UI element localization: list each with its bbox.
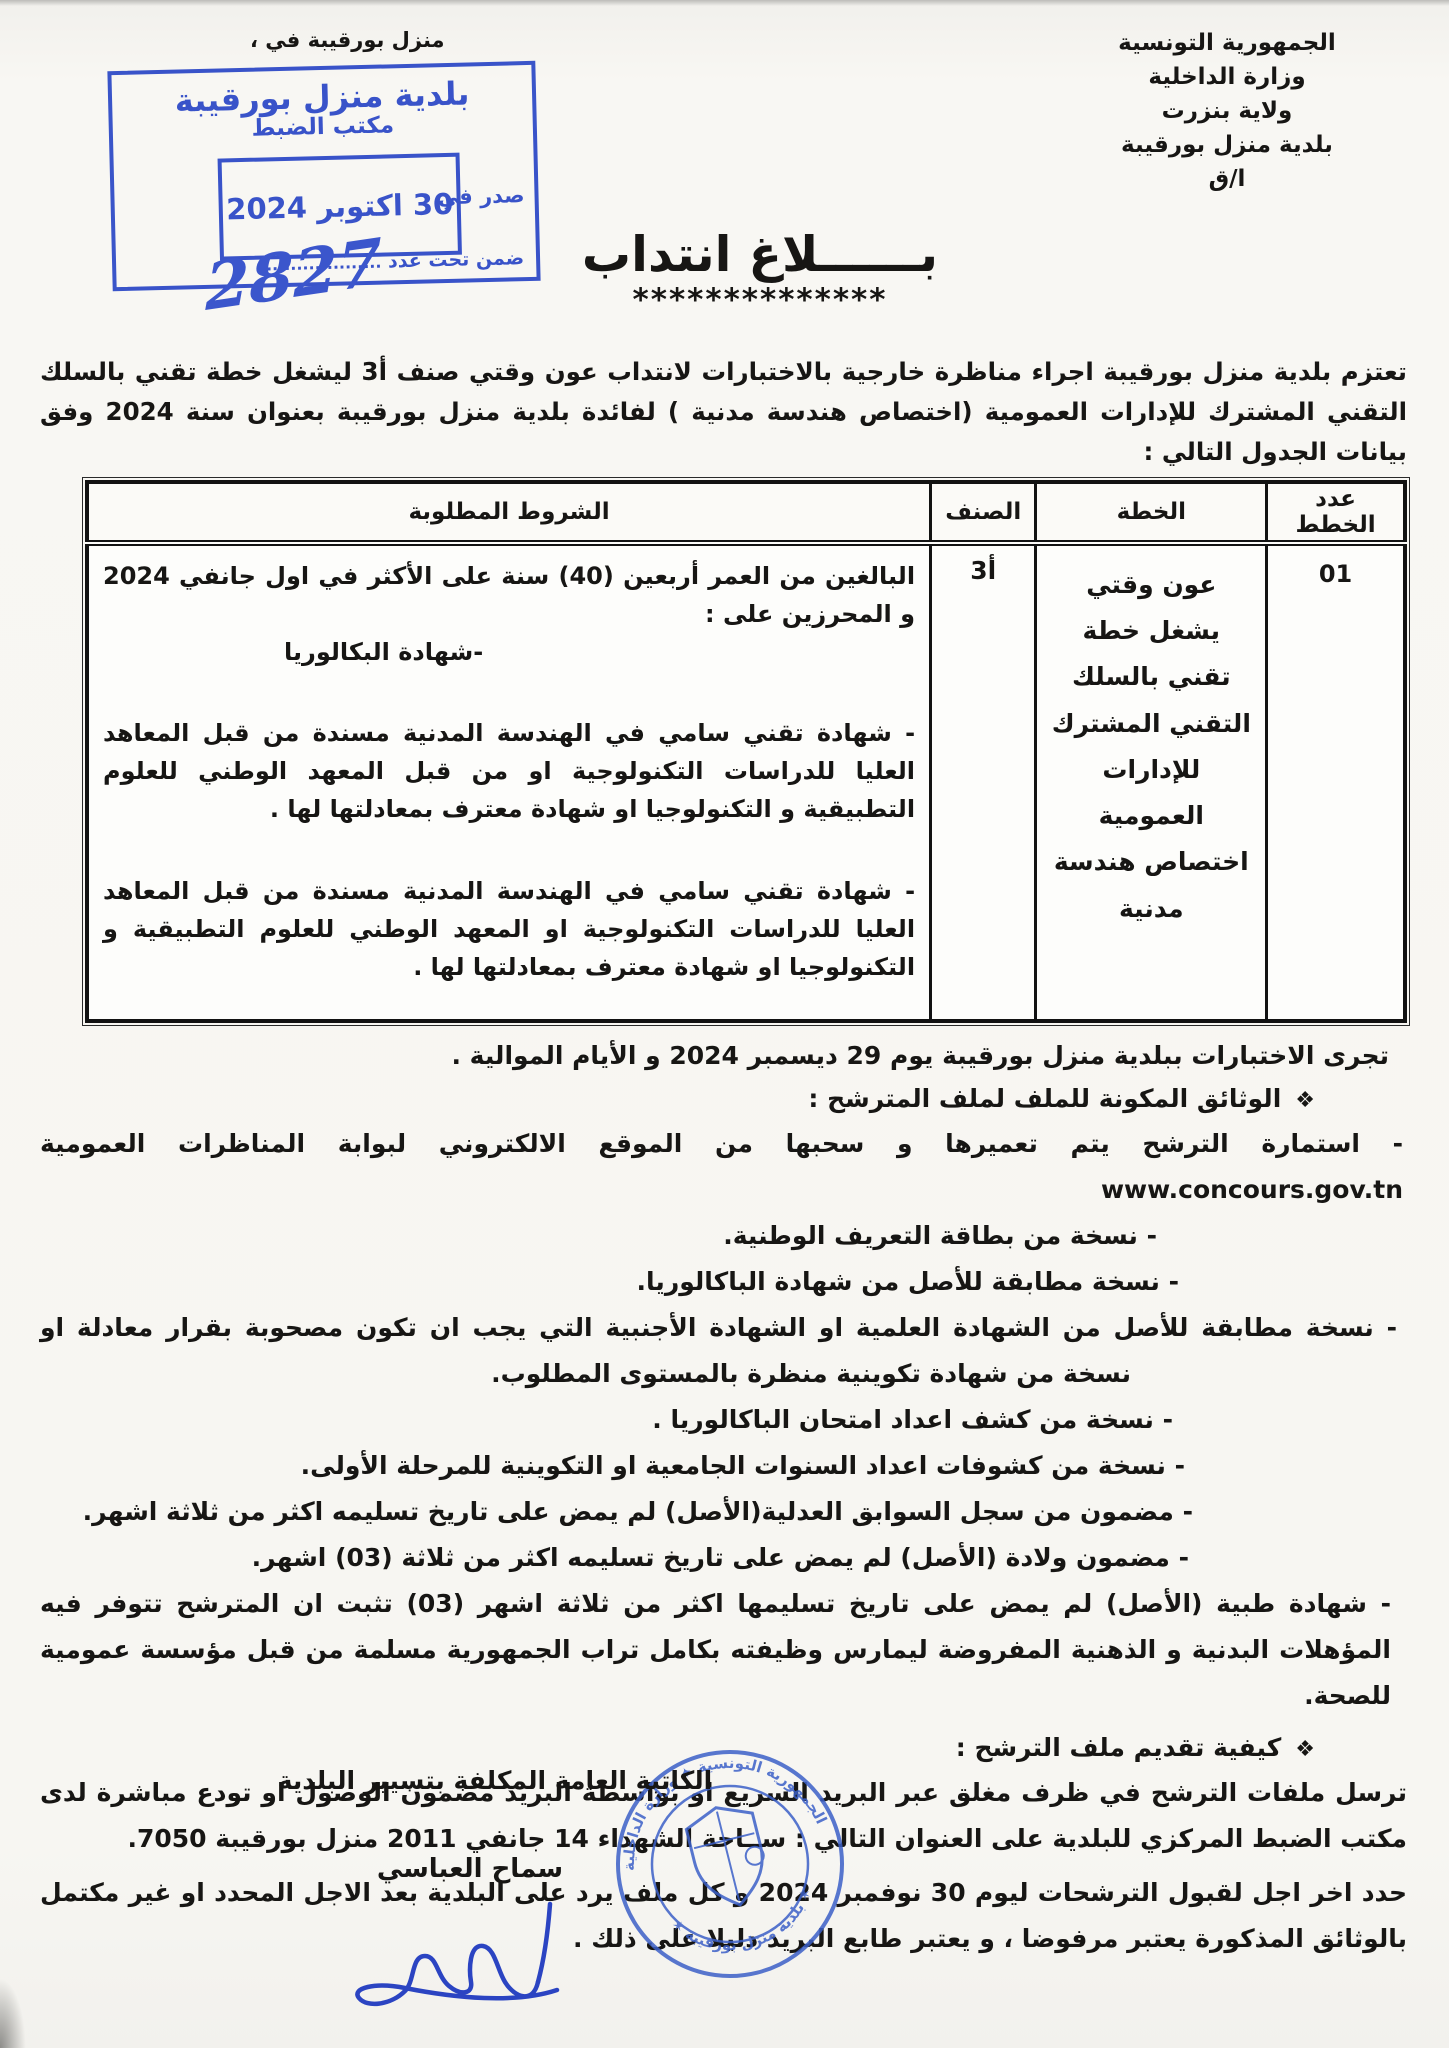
submission-section-label: كيفية تقديم ملف الترشح : bbox=[956, 1733, 1282, 1762]
exam-date: 29 ديسمبر 2024 bbox=[669, 1041, 881, 1070]
documents-list: - استمارة الترشح يتم تعميرها و سحبها من … bbox=[40, 1121, 1407, 1719]
intro-paragraph: تعتزم بلدية منزل بورقيبة اجراء مناظرة خا… bbox=[40, 352, 1407, 472]
cell-count: 01 bbox=[1267, 543, 1405, 1021]
documents-section-label: الوثائق المكونة للملف لملف المترشح : bbox=[808, 1084, 1281, 1113]
list-item: - نسخة مطابقة للأصل من الشهادة العلمية ا… bbox=[40, 1305, 1407, 1397]
handwritten-signature bbox=[345, 1886, 595, 2036]
reference-line: ا/ق bbox=[1039, 162, 1415, 196]
document-title-block: بــــــلاغ انتداب ************** bbox=[560, 228, 960, 318]
signer-name: سماح العباسي bbox=[330, 1854, 610, 1884]
exam-lead-word: تجرى bbox=[1323, 1041, 1389, 1070]
cell-grade: أ3 bbox=[931, 543, 1036, 1021]
list-item: - استمارة الترشح يتم تعميرها و سحبها من … bbox=[40, 1121, 1407, 1213]
stamp-ring-bottom-text: ✶ بلدية منزل بورقيبة ✶ bbox=[665, 1882, 826, 1970]
official-header-block: الجمهورية التونسية وزارة الداخلية ولاية … bbox=[1039, 26, 1415, 196]
submission-lead-word: ترسل bbox=[1335, 1778, 1407, 1807]
condition-diploma-1: - شهادة تقني سامي في الهندسة المدنية مسن… bbox=[103, 715, 915, 829]
exam-tail-text: و الأيام الموالية . bbox=[451, 1041, 669, 1070]
scan-edge-shadow bbox=[0, 0, 1449, 6]
doc-item-text: - استمارة الترشح يتم تعميرها و سحبها من … bbox=[40, 1129, 1403, 1158]
col-header-grade: الصنف bbox=[931, 482, 1036, 543]
municipality-line: بلدية منزل بورقيبة bbox=[1039, 128, 1415, 162]
governorate-line: ولاية بنزرت bbox=[1039, 94, 1415, 128]
list-item: - مضمون من سجل السوابق العدلية(الأصل) لم… bbox=[40, 1489, 1407, 1535]
condition-age: البالغين من العمر أربعين (40) سنة على ال… bbox=[103, 558, 915, 634]
table-header-row: عدد الخطط الخطة الصنف الشروط المطلوبة bbox=[87, 482, 1405, 543]
col-header-conditions: الشروط المطلوبة bbox=[87, 482, 931, 543]
place-date-line: منزل بورقيبة في ، bbox=[250, 28, 445, 52]
scan-corner-smudge bbox=[0, 1978, 26, 2048]
list-item: - نسخة مطابقة للأصل من شهادة الباكالوريا… bbox=[40, 1259, 1407, 1305]
cell-plan: عون وقتي يشغل خطة تقني بالسلك التقني الم… bbox=[1036, 543, 1267, 1021]
list-item: - نسخة من كشف اعداد امتحان الباكالوريا . bbox=[40, 1397, 1407, 1443]
concours-url: www.concours.gov.tn bbox=[1101, 1175, 1403, 1204]
col-header-count: عدد الخطط bbox=[1267, 482, 1405, 543]
ministry-line: وزارة الداخلية bbox=[1039, 60, 1415, 94]
list-item: - مضمون ولادة (الأصل) لم يمض على تاريخ ت… bbox=[40, 1535, 1407, 1581]
list-item: - شهادة طبية (الأصل) لم يمض على تاريخ تس… bbox=[40, 1581, 1407, 1719]
documents-section-title: ❖الوثائق المكونة للملف لملف المترشح : bbox=[40, 1084, 1315, 1113]
document-body: تعتزم بلدية منزل بورقيبة اجراء مناظرة خا… bbox=[40, 352, 1407, 1962]
svg-text:✶ بلدية منزل بورقيبة ✶: ✶ بلدية منزل بورقيبة ✶ bbox=[665, 1882, 826, 1970]
scanned-document-page: الجمهورية التونسية وزارة الداخلية ولاية … bbox=[0, 0, 1449, 2048]
list-item: - نسخة من بطاقة التعريف الوطنية. bbox=[40, 1213, 1407, 1259]
deadline-lead-word: حدد bbox=[1362, 1878, 1407, 1907]
stamp-number-label: ضمن تحت عدد bbox=[388, 247, 525, 272]
signer-title: الكاتبة العامة المكلفة بتسيير البلدية bbox=[270, 1766, 720, 1795]
document-title: بــــــلاغ انتداب bbox=[560, 228, 960, 282]
col-header-plan: الخطة bbox=[1036, 482, 1267, 543]
exam-middle-text: الاختبارات ببلدية منزل بورقيبة يوم bbox=[881, 1041, 1323, 1070]
condition-diploma-2: - شهادة تقني سامي في الهندسة المدنية مسن… bbox=[103, 873, 915, 987]
vacancy-table: عدد الخطط الخطة الصنف الشروط المطلوبة 01… bbox=[85, 480, 1407, 1023]
deadline-middle-text: اخر اجل لقبول الترشحات ليوم bbox=[966, 1878, 1362, 1907]
diamond-bullet-icon: ❖ bbox=[1295, 1088, 1315, 1113]
condition-bac: -شهادة البكالوريا bbox=[99, 634, 919, 672]
list-item: - نسخة من كشوفات اعداد السنوات الجامعية … bbox=[40, 1443, 1407, 1489]
cell-conditions: البالغين من العمر أربعين (40) سنة على ال… bbox=[87, 543, 931, 1021]
exam-date-line: تجرى الاختبارات ببلدية منزل بورقيبة يوم … bbox=[40, 1041, 1389, 1070]
table-row: 01 عون وقتي يشغل خطة تقني بالسلك التقني … bbox=[87, 543, 1405, 1021]
republic-line: الجمهورية التونسية bbox=[1039, 26, 1415, 60]
title-underline-stars: ************** bbox=[560, 282, 960, 318]
diamond-bullet-icon: ❖ bbox=[1295, 1737, 1315, 1762]
registry-stamp: بلدية منزل بورقيبة مكتب الضبط صدر في 30 … bbox=[107, 61, 540, 291]
